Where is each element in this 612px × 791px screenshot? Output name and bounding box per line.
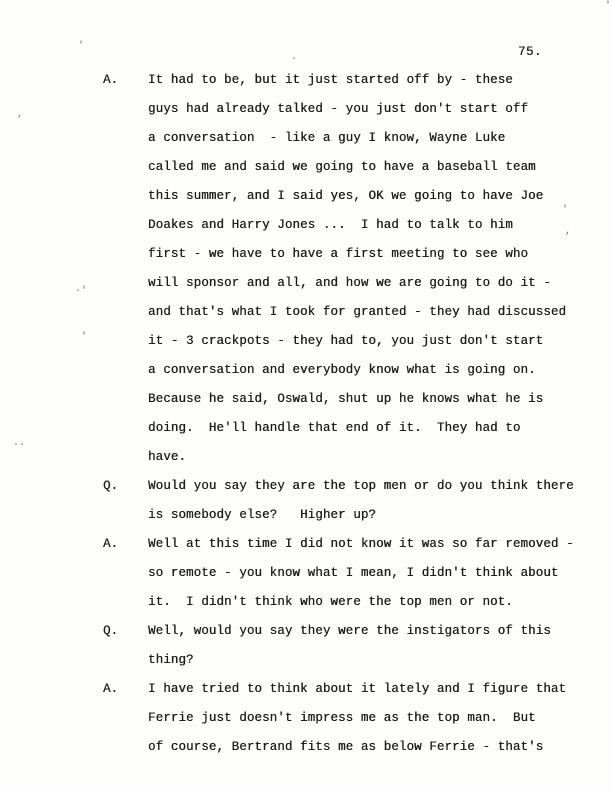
speaker-label: Q.: [103, 617, 148, 646]
entry-lines: Well at this time I did not know it was …: [148, 530, 593, 617]
transcript-line: Would you say they are the top men or do…: [148, 472, 593, 501]
transcript-line: guys had already talked - you just don't…: [148, 95, 593, 124]
transcript-line: Ferrie just doesn't impress me as the to…: [148, 704, 593, 733]
scan-artifact: ·: [291, 55, 297, 65]
transcript-line: will sponsor and all, and how we are goi…: [148, 269, 593, 298]
entry-lines: Would you say they are the top men or do…: [148, 472, 593, 530]
scan-artifact: ': [605, 2, 611, 12]
transcript-line: this summer, and I said yes, OK we going…: [148, 182, 593, 211]
transcript-entry: Q.Well, would you say they were the inst…: [103, 617, 593, 675]
entry-lines: Well, would you say they were the instig…: [148, 617, 593, 675]
transcript-entry: Q.Would you say they are the top men or …: [103, 472, 593, 530]
transcript-line: doing. He'll handle that end of it. They…: [148, 414, 593, 443]
transcript-line: called me and said we going to have a ba…: [148, 153, 593, 182]
transcript-entry: A.I have tried to think about it lately …: [103, 675, 593, 762]
transcript-line: I have tried to think about it lately an…: [148, 675, 593, 704]
transcript-line: it - 3 crackpots - they had to, you just…: [148, 327, 593, 356]
transcript-line: thing?: [148, 646, 593, 675]
transcript-line: Well at this time I did not know it was …: [148, 530, 593, 559]
transcript-line: a conversation - like a guy I know, Wayn…: [148, 124, 593, 153]
scan-artifact: ': [81, 333, 87, 343]
transcript-line: it. I didn't think who were the top men …: [148, 588, 593, 617]
entry-lines: It had to be, but it just started off by…: [148, 66, 593, 472]
scan-artifact: ,: [17, 110, 23, 120]
speaker-label: A.: [103, 675, 148, 704]
transcript-line: and that's what I took for granted - the…: [148, 298, 593, 327]
speaker-label: A.: [103, 530, 148, 559]
scan-artifact: ': [78, 42, 84, 52]
transcript-line: Doakes and Harry Jones ... I had to talk…: [148, 211, 593, 240]
transcript-line: so remote - you know what I mean, I didn…: [148, 559, 593, 588]
transcript-entry: A.Well at this time I did not know it wa…: [103, 530, 593, 617]
transcript-line: have.: [148, 443, 593, 472]
transcript-entry: A.It had to be, but it just started off …: [103, 66, 593, 472]
scan-artifact: ··: [13, 441, 25, 451]
entry-lines: I have tried to think about it lately an…: [148, 675, 593, 762]
document-page: 75. A.It had to be, but it just started …: [0, 0, 612, 791]
page-number: 75.: [518, 44, 542, 60]
transcript-line: Because he said, Oswald, shut up he know…: [148, 385, 593, 414]
scan-artifact: ·': [75, 287, 87, 297]
speaker-label: A.: [103, 66, 148, 95]
transcript-line: of course, Bertrand fits me as below Fer…: [148, 733, 593, 762]
transcript: A.It had to be, but it just started off …: [103, 66, 593, 762]
speaker-label: Q.: [103, 472, 148, 501]
transcript-line: is somebody else? Higher up?: [148, 501, 593, 530]
transcript-line: It had to be, but it just started off by…: [148, 66, 593, 95]
transcript-line: a conversation and everybody know what i…: [148, 356, 593, 385]
transcript-line: Well, would you say they were the instig…: [148, 617, 593, 646]
transcript-line: first - we have to have a first meeting …: [148, 240, 593, 269]
